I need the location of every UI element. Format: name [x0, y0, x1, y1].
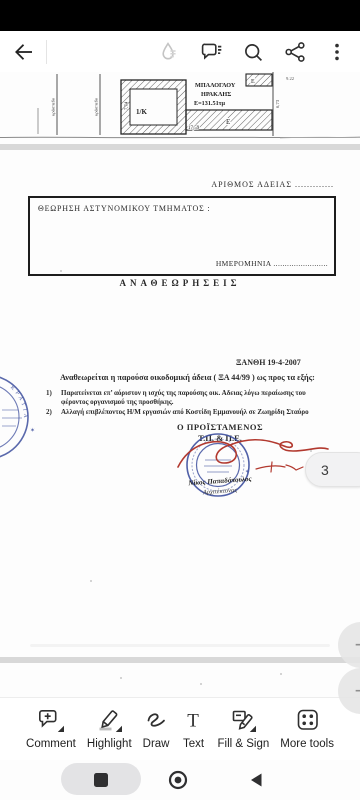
license-number-label: ΑΡΙΘΜΟΣ ΑΔΕΙΑΣ ............. — [211, 180, 334, 189]
police-box-title: ΘΕΩΡΗΣΗ ΑΣΤΥΝΟΜΙΚΟΥ ΤΜΗΜΑΤΟΣ : — [38, 204, 210, 213]
back-arrow-icon — [12, 40, 36, 64]
tool-draw[interactable]: Draw — [143, 707, 170, 750]
place-and-date: ΞΑΝΘΗ 19-4-2007 — [236, 358, 301, 367]
curb-label: κράσπεδο — [94, 97, 99, 116]
share-icon — [283, 40, 307, 64]
overflow-menu-icon — [325, 40, 349, 64]
revision-item-number: 1) — [46, 389, 52, 397]
fill-sign-tool-icon — [229, 707, 257, 733]
toolbar-divider — [46, 40, 47, 64]
nav-back-button[interactable] — [235, 760, 279, 800]
document-viewport[interactable]: κράσπεδο κράσπεδο 1/Κ 7,74 Ε 17,59 ΜΠΑΛΟ… — [0, 72, 360, 697]
pdf-page-2: ΑΡΙΘΜΟΣ ΑΔΕΙΑΣ ............. ΘΕΩΡΗΣΗ ΑΣΤ… — [0, 150, 360, 657]
signatory-title: Ο ΠΡΟΪΣΤΑΜΕΝΟΣ — [155, 422, 285, 432]
svg-text:✶: ✶ — [30, 427, 35, 434]
plot-area-label: Ε=131.51τμ — [194, 100, 226, 107]
revision-item-text: Παρατείνεται επ’ αόριστον η ισχύς της πα… — [61, 389, 315, 407]
tool-text[interactable]: T Text — [180, 707, 206, 750]
owner-name-line1: ΜΠΑΛΟΓΛΟΥ — [195, 82, 236, 89]
share-button[interactable] — [274, 32, 316, 72]
e-label: Ε — [251, 79, 255, 85]
police-department-box: ΘΕΩΡΗΣΗ ΑΣΤΥΝΟΜΙΚΟΥ ΤΜΗΜΑΤΟΣ : ΗΜΕΡΟΜΗΝΙ… — [28, 196, 336, 276]
recents-square-icon — [93, 772, 109, 788]
revision-intro: Αναθεωρείται η παρούσα οικοδομική άδεια … — [60, 373, 315, 382]
unit-label: 1/Κ — [136, 108, 147, 116]
text-tool-icon: T — [180, 707, 206, 733]
page-number-badge: 3 — [305, 452, 360, 487]
acrobat-mobile-screen: κράσπεδο κράσπεδο 1/Κ 7,74 Ε 17,59 ΜΠΑΛΟ… — [0, 0, 360, 800]
comment-tool-icon — [37, 707, 65, 733]
tool-label: More tools — [280, 738, 334, 750]
comment-panel-button[interactable] — [190, 32, 232, 72]
dropdown-caret-icon — [250, 726, 256, 732]
date-dotted-label: ΗΜΕΡΟΜΗΝΙΑ ........................ — [216, 259, 328, 268]
curb-label: κράσπεδο — [51, 97, 56, 116]
more-tools-icon — [294, 707, 320, 733]
back-button[interactable] — [2, 32, 46, 72]
tool-highlight[interactable]: Highlight — [87, 707, 132, 750]
search-button[interactable] — [232, 32, 274, 72]
dropdown-caret-icon — [116, 726, 122, 732]
scan-crease — [30, 644, 330, 647]
tool-label: Draw — [143, 738, 170, 750]
bottom-tools-bar: Comment Highlight Draw T Text — [0, 697, 360, 760]
left-round-stamp: ΚΡΑΤΙΑ ✶ — [0, 372, 60, 467]
signatory-role: Αρχιτέκτονας — [183, 485, 257, 497]
page-number: 3 — [321, 462, 329, 478]
tool-label: Fill & Sign — [217, 738, 269, 750]
nav-recents-button[interactable] — [79, 760, 123, 800]
dim-9-22: 9.22 — [286, 76, 295, 81]
tool-label: Comment — [26, 738, 76, 750]
owner-name-line2: ΗΡΑΚΛΗΣ — [201, 91, 231, 98]
left-stamp-arc-text: ΚΡΑΤΙΑ — [9, 385, 28, 421]
back-triangle-icon — [248, 771, 266, 789]
tool-comment[interactable]: Comment — [26, 707, 76, 750]
comment-icon — [199, 40, 223, 64]
revision-item-number: 2) — [46, 408, 52, 416]
site-plan-drawing: κράσπεδο κράσπεδο 1/Κ 7,74 Ε 17,59 ΜΠΑΛΟ… — [0, 72, 360, 144]
liquid-mode-icon — [157, 40, 181, 64]
home-circle-icon — [168, 770, 188, 790]
revision-item-text: Αλλαγή επιβλέποντος Η/Μ εργασιών από Κοσ… — [61, 408, 315, 417]
revisions-heading: ΑΝΑΘΕΩΡΗΣΕΙΣ — [0, 278, 360, 288]
overflow-menu-button[interactable] — [316, 32, 358, 72]
pdf-page-1: κράσπεδο κράσπεδο 1/Κ 7,74 Ε 17,59 ΜΠΑΛΟ… — [0, 72, 360, 144]
tool-fill-sign[interactable]: Fill & Sign — [217, 707, 269, 750]
app-toolbar — [0, 31, 360, 72]
pdf-page-3 — [0, 663, 360, 697]
liquid-mode-button[interactable] — [148, 32, 190, 72]
status-bar — [0, 0, 360, 31]
tool-label: Highlight — [87, 738, 132, 750]
dim-6-73: 6,73 — [275, 99, 281, 108]
e-label: Ε — [226, 118, 230, 126]
tool-more-tools[interactable]: More tools — [280, 707, 334, 750]
signatory-department: Τ.Π. & Π.Ε. — [155, 433, 285, 443]
tool-label: Text — [183, 738, 204, 750]
svg-text:T: T — [188, 711, 200, 732]
dim-17-59: 17,59 — [188, 126, 200, 131]
svg-text:ΚΡΑΤΙΑ: ΚΡΑΤΙΑ — [9, 385, 28, 421]
dropdown-caret-icon — [58, 726, 64, 732]
search-icon — [241, 40, 265, 64]
draw-tool-icon — [143, 707, 169, 733]
highlight-tool-icon — [95, 707, 123, 733]
android-nav-bar — [0, 760, 360, 800]
nav-home-button[interactable] — [156, 760, 200, 800]
